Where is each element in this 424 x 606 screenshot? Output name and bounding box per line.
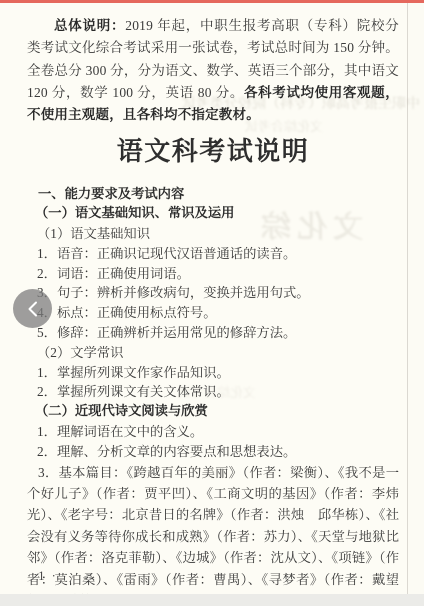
doc-line: （1）语文基础知识 bbox=[27, 224, 399, 244]
page-edge-shade bbox=[408, 3, 424, 594]
page-number: · 1 · bbox=[27, 569, 58, 584]
doc-line: （二）近现代诗文阅读与欣赏 bbox=[27, 402, 399, 422]
viewer-background-strip bbox=[0, 594, 424, 606]
doc-line: 5．修辞：正确辨析并运用常见的修辞方法。 bbox=[27, 323, 399, 343]
general-notes-label: 总体说明： bbox=[54, 18, 125, 33]
doc-line: 2．词语：正确使用词语。 bbox=[27, 264, 399, 284]
page-edge-line bbox=[407, 3, 408, 594]
prev-page-button[interactable] bbox=[13, 289, 52, 328]
general-notes-paragraph: 总体说明：2019 年起，中职生报考高职（专科）院校分类考试文化综合考试采用一张… bbox=[27, 15, 399, 126]
page-top-rule bbox=[0, 0, 424, 3]
content-lines: 一、能力要求及考试内容（一）语文基础知识、常识及运用（1）语文基础知识1．语音：… bbox=[27, 184, 399, 606]
doc-line: 2．掌握所列课文有关文体常识。 bbox=[27, 382, 399, 402]
document-page: 中职生报考高职（专科）院校分类考试 文化综合考试 文化综 文化综合考试 总体说明… bbox=[0, 0, 424, 594]
doc-line: 1．理解词语在文中的含义。 bbox=[27, 422, 399, 442]
doc-line: （一）语文基础知识、常识及运用 bbox=[27, 204, 399, 224]
doc-line: （2）文学常识 bbox=[27, 343, 399, 363]
doc-line: 2．理解、分析文章的内容要点和思想表达。 bbox=[27, 442, 399, 462]
scanned-document-viewer: 中职生报考高职（专科）院校分类考试 文化综合考试 文化综 文化综合考试 总体说明… bbox=[0, 0, 424, 606]
doc-line: 4．标点：正确使用标点符号。 bbox=[27, 303, 399, 323]
doc-line: 3．句子：辨析并修改病句，变换并选用句式。 bbox=[27, 283, 399, 303]
doc-line: 3．基本篇目：《跨越百年的美丽》（作者：梁衡）、《我不是一个好儿子》（作者：贾平… bbox=[27, 462, 399, 606]
chevron-left-icon bbox=[26, 300, 39, 318]
page-content: 总体说明：2019 年起，中职生报考高职（专科）院校分类考试文化综合考试采用一张… bbox=[27, 15, 399, 606]
doc-line: 一、能力要求及考试内容 bbox=[27, 184, 399, 204]
page-title: 语文科考试说明 bbox=[27, 138, 399, 166]
doc-line: 1．掌握所列课文作家作品知识。 bbox=[27, 363, 399, 383]
doc-line: 1．语音：正确识记现代汉语普通话的读音。 bbox=[27, 244, 399, 264]
